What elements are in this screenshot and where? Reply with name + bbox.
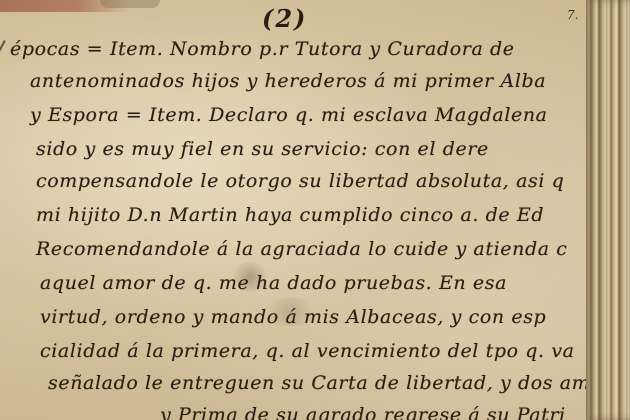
text-line: y Espora = Item. Declaro q. mi esclava M… <box>30 104 548 126</box>
manuscript-page: (2) 7. épocas = Item. Nombro p.r Tutora … <box>0 0 630 420</box>
text-line: aquel amor de q. me ha dado pruebas. En … <box>40 272 507 294</box>
text-line: compensandole le otorgo su libertad abso… <box>36 170 564 192</box>
text-line: señalado le entreguen su Carta de libert… <box>48 372 602 394</box>
text-line: Recomendandole á la agraciada lo cuide y… <box>36 238 568 260</box>
handwritten-text-block: épocas = Item. Nombro p.r Tutora y Curad… <box>0 0 590 420</box>
text-line: cialidad á la primera, q. al vencimiento… <box>40 340 575 362</box>
book-binding-page-edges <box>586 0 630 420</box>
text-line: y Prima de su agrado regrese á su Patri <box>160 404 566 420</box>
text-line: mi hijito D.n Martin haya cumplido cinco… <box>36 204 544 226</box>
text-line: épocas = Item. Nombro p.r Tutora y Curad… <box>10 38 515 60</box>
text-line: antenominados hijos y herederos á mi pri… <box>30 70 546 92</box>
text-line: virtud, ordeno y mando á mis Albaceas, y… <box>40 306 546 328</box>
text-line: sido y es muy fiel en su servicio: con e… <box>36 138 489 160</box>
